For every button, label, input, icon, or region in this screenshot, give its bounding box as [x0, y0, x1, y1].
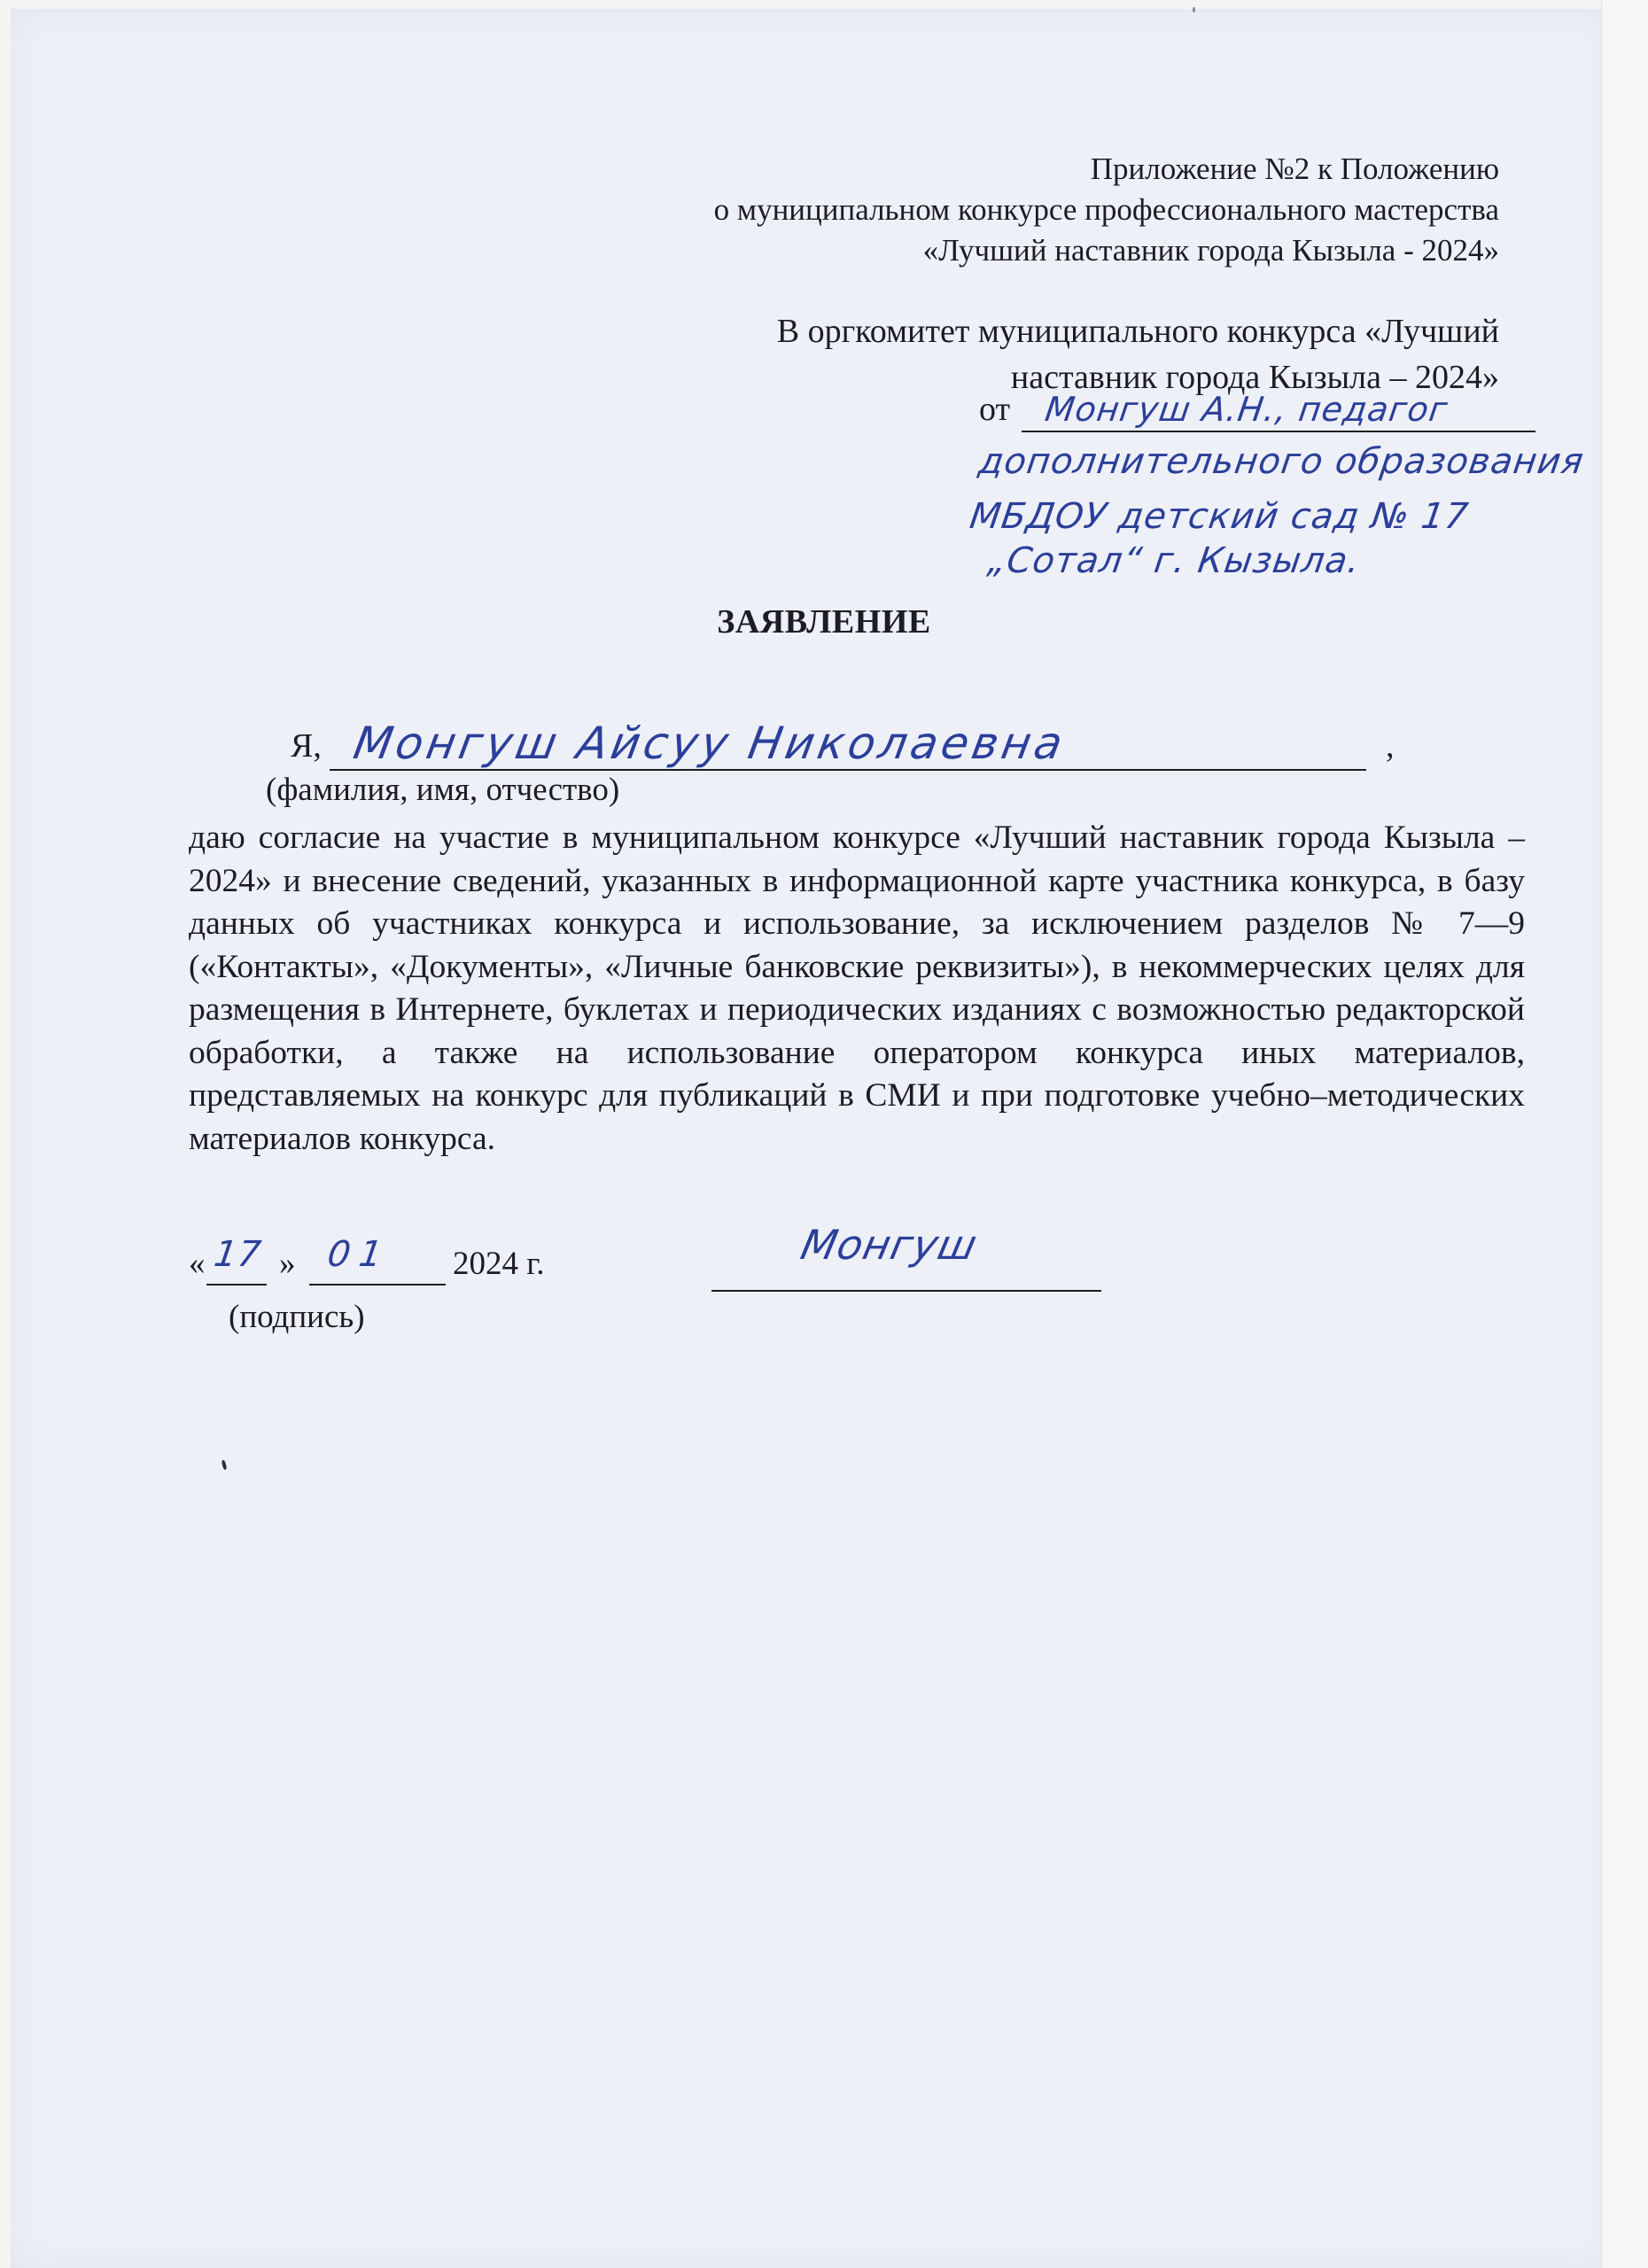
handwritten-from-line-4: „Сотал“ г. Кызыла. [985, 540, 1363, 581]
applicant-trailing-comma: , [1386, 726, 1395, 765]
handwritten-from-line-3: МБДОУ детский сад № 17 [968, 496, 1472, 537]
handwritten-from-line-2: дополнительного образования [976, 441, 1587, 482]
appendix-header: Приложение №2 к Положению о муниципально… [525, 149, 1499, 271]
from-field-underline [1022, 431, 1535, 432]
signature-caption: (подпись) [229, 1298, 365, 1336]
appendix-line-1: Приложение №2 к Положению [525, 149, 1499, 190]
applicant-label: Я, [291, 726, 322, 765]
day-underline [206, 1284, 267, 1285]
scan-speck [1193, 7, 1195, 12]
handwritten-month: 01 [325, 1234, 393, 1275]
fio-caption: (фамилия, имя, отчество) [266, 771, 619, 809]
handwritten-applicant-name: Монгуш Айсуу Николаевна [350, 718, 1069, 769]
date-close-quote: » [279, 1245, 296, 1283]
addressee-block: В оргкомитет муниципального конкурса «Лу… [525, 308, 1499, 400]
from-label: от [979, 390, 1010, 429]
year-text: 2024 г. [453, 1245, 545, 1283]
appendix-line-3: «Лучший наставник города Кызыла - 2024» [525, 230, 1499, 271]
addressee-line-1: В оргкомитет муниципального конкурса «Лу… [525, 308, 1499, 354]
signature-underline [711, 1290, 1101, 1292]
appendix-line-2: о муниципальном конкурсе профессионально… [525, 190, 1499, 230]
month-underline [309, 1284, 446, 1285]
handwritten-signature: Монгуш [797, 1221, 982, 1269]
handwritten-from-line-1: Монгуш А.Н., педагог [1043, 390, 1450, 429]
handwritten-day: 17 [212, 1234, 264, 1275]
date-open-quote: « [189, 1245, 206, 1283]
page-edge-strip [1601, 0, 1648, 2268]
consent-body-text: даю согласие на участие в муниципальном … [189, 817, 1525, 1161]
document-title: ЗАЯВЛЕНИЕ [0, 602, 1648, 641]
